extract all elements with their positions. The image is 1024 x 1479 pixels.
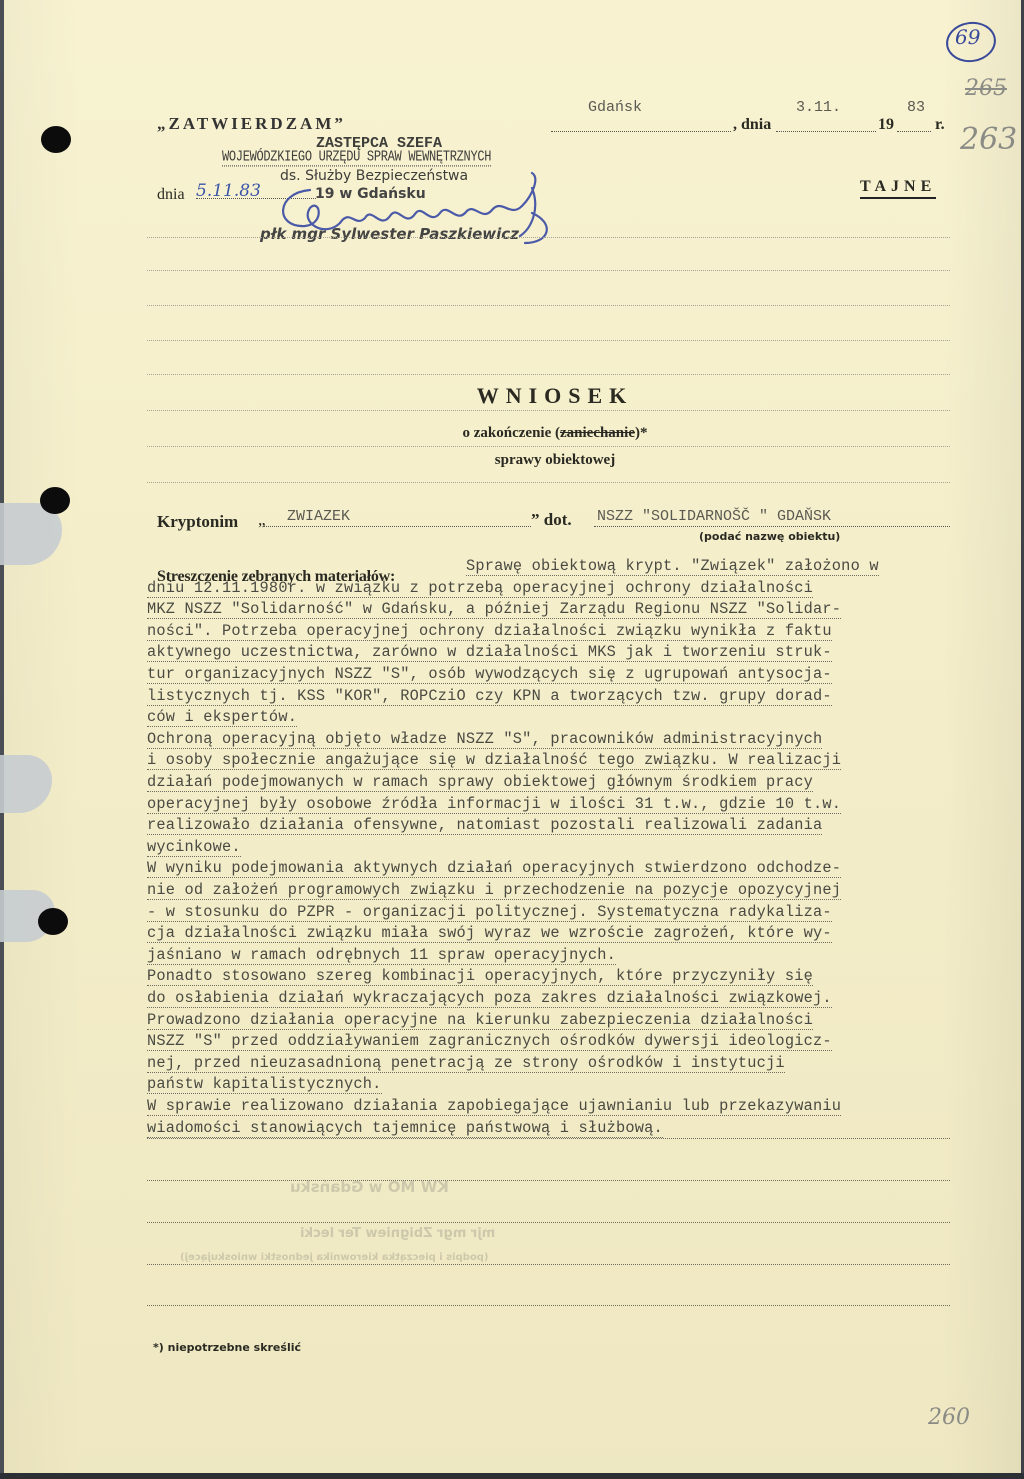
punch-hole xyxy=(40,487,70,514)
bottom-page-number: 260 xyxy=(928,1405,970,1430)
summary-line: państw kapitalistycznych. xyxy=(147,1075,382,1094)
year-line xyxy=(897,131,931,132)
summary-line: działań podejmowanych w ramach sprawy ob… xyxy=(147,773,813,792)
subject-line xyxy=(594,526,950,527)
bleed-through-2: mjr mgr Zbigniew Ter lecki xyxy=(300,1226,495,1241)
ruled-line xyxy=(147,374,950,375)
date-label: , dnia xyxy=(733,116,771,134)
summary-line: Sprawę obiektową krypt. "Związek" założo… xyxy=(466,557,879,576)
summary-line: i osoby społecznie angażujące się w dzia… xyxy=(147,751,841,770)
summary-line: ców i ekspertów. xyxy=(147,708,297,727)
summary-line: nej, przed nieuzasadnioną penetracją ze … xyxy=(147,1054,785,1073)
summary-line: Ponadto stosowano szereg kombinacji oper… xyxy=(147,967,813,986)
summary-line: dniu 12.11.1980r. w związku z potrzebą o… xyxy=(147,579,813,598)
crossed-page-number: 265 xyxy=(965,76,1007,101)
bleed-through-1: KW MO w Gdańsku xyxy=(290,1178,449,1196)
approval-date-handwritten: 5.11.83 xyxy=(196,181,261,201)
cryptonym-label: Kryptonim xyxy=(157,512,238,532)
tape-stain xyxy=(0,755,52,813)
subject-label: ” dot. xyxy=(531,510,572,530)
summary-line: cja działalności związku miała swój wyra… xyxy=(147,924,832,943)
punch-hole xyxy=(38,908,68,935)
document-title: WNIOSEK xyxy=(0,383,1024,409)
signer-name: płk mgr Sylwester Paszkiewicz xyxy=(260,225,519,243)
summary-line: nie od założeń programowych związku i pr… xyxy=(147,881,841,900)
blank-line xyxy=(147,1180,950,1181)
ruled-line xyxy=(147,410,950,411)
page-number: 263 xyxy=(960,122,1017,157)
summary-line: aktywnego uczestnictwa, zarówno w działa… xyxy=(147,643,832,662)
footnote: *) niepotrzebne skreślić xyxy=(153,1341,301,1354)
subject-hint: (podać nazwę obiektu) xyxy=(699,530,840,543)
year-value: 83 xyxy=(907,99,925,116)
classification-label: TAJNE xyxy=(860,178,936,199)
paper-edge-left xyxy=(0,0,4,1479)
summary-line: wiadomości stanowiących tajemnicę państw… xyxy=(147,1119,663,1138)
subtitle-struck-option: zaniechanie xyxy=(560,425,635,441)
ruled-line xyxy=(147,270,950,271)
approval-date-label: dnia xyxy=(157,186,185,204)
summary-line: NSZZ "S" przed oddziaływaniem zagraniczn… xyxy=(147,1032,832,1051)
summary-line: Prowadzono działania operacyjne na kieru… xyxy=(147,1011,813,1030)
blank-line xyxy=(147,1138,950,1139)
date-value: 3.11. xyxy=(796,99,841,116)
subtitle-suffix: )* xyxy=(635,425,648,441)
summary-line: listycznych tj. KSS "KOR", ROPCziO czy K… xyxy=(147,687,832,706)
subject-value: NSZZ "SOLIDARNOŠČ " GDAŇSK xyxy=(597,508,831,525)
ruled-line xyxy=(147,305,950,306)
summary-line: Ochroną operacyjną objęto władze NSZZ "S… xyxy=(147,730,822,749)
cryptonym-value: ZWIAZEK xyxy=(287,508,350,525)
cryptonym-line xyxy=(263,526,531,527)
ruled-line xyxy=(147,446,950,447)
punch-hole xyxy=(41,126,71,153)
summary-line: ności". Potrzeba operacyjnej ochrony dzi… xyxy=(147,622,832,641)
place-line xyxy=(551,131,731,132)
cryptonym-open-quote: „ xyxy=(258,510,266,530)
place-value: Gdańsk xyxy=(588,99,642,116)
blank-line xyxy=(147,1222,950,1223)
year-prefix: 19 xyxy=(878,116,894,134)
document-subtitle: o zakończenie (zaniechanie)* xyxy=(0,425,1024,442)
summary-line: wycinkowe. xyxy=(147,838,241,857)
summary-line: tur organizacyjnych NSZZ "S", osób wywod… xyxy=(147,665,832,684)
approval-heading: „ZATWIERDZAM” xyxy=(157,114,346,134)
summary-line: - w stosunku do PZPR - organizacji polit… xyxy=(147,903,832,922)
summary-line: operacyjnej były osobowe źródła informac… xyxy=(147,795,841,814)
document-subtitle-2: sprawy obiektowej xyxy=(0,452,1024,469)
ruled-line xyxy=(147,482,950,483)
summary-line: realizowało działania ofensywne, natomia… xyxy=(147,816,822,835)
subtitle-prefix: o zakończenie ( xyxy=(463,425,560,441)
date-line xyxy=(776,131,876,132)
bleed-through-3: (podpis i pieczątka kierownika jednostki… xyxy=(180,1252,488,1263)
summary-line: MKZ NSZZ "Solidarność" w Gdańsku, a późn… xyxy=(147,600,841,619)
blank-line xyxy=(147,1264,950,1265)
stamp-line-2: WOJEWÓDZKIEGO URZĘDU SPRAW WEWNĘTRZNYCH xyxy=(222,149,491,167)
paper-edge-bottom xyxy=(0,1473,1024,1479)
ruled-line xyxy=(147,340,950,341)
summary-line: jaśniano w ramach odrębnych 11 spraw ope… xyxy=(147,946,616,965)
archive-circled-number: 69 xyxy=(955,25,980,49)
summary-line: W wyniku podejmowania aktywnych działań … xyxy=(147,859,841,878)
year-suffix: r. xyxy=(935,116,945,134)
summary-line: W sprawie realizowano działania zapobieg… xyxy=(147,1097,841,1116)
summary-line: do osłabienia działań wykraczających poz… xyxy=(147,989,832,1008)
ruled-line xyxy=(147,237,950,238)
blank-line xyxy=(147,1305,950,1306)
